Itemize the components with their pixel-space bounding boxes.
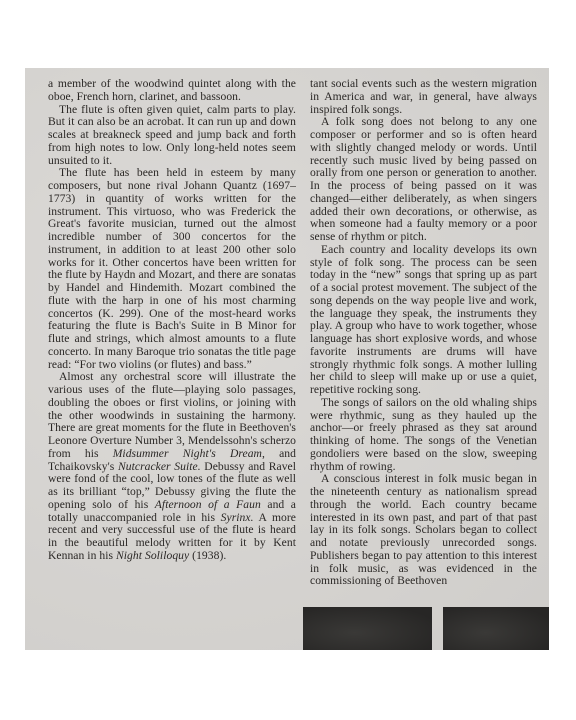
paragraph: The songs of sailors on the old whaling … <box>310 397 537 474</box>
scanned-page: a member of the woodwind quintet along w… <box>25 68 549 650</box>
paragraph: A conscious interest in folk music began… <box>310 473 537 588</box>
text-run: (1938). <box>189 549 226 562</box>
paragraph: The flute has been held in esteem by man… <box>48 167 296 371</box>
paragraph: tant social events such as the western m… <box>310 78 537 116</box>
right-column: tant social events such as the western m… <box>310 78 537 588</box>
paragraph: The flute is often given quiet, calm par… <box>48 104 296 168</box>
paragraph: a member of the woodwind quintet along w… <box>48 78 296 104</box>
work-title: Nutcracker Suite. <box>118 460 201 473</box>
paragraph: Each country and locality develops its o… <box>310 244 537 397</box>
paragraph: A folk song does not belong to any one c… <box>310 116 537 244</box>
photograph-left <box>303 607 432 650</box>
work-title: Syrinx. <box>221 511 254 524</box>
photograph-right <box>443 607 549 650</box>
work-title: Midsummer Night's Dream <box>113 447 262 460</box>
paragraph-with-italics: Almost any orchestral score will illustr… <box>48 371 296 562</box>
work-title: Afternoon of a Faun <box>155 498 261 511</box>
work-title: Night Soliloquy <box>116 549 189 562</box>
left-column: a member of the woodwind quintet along w… <box>48 78 296 563</box>
